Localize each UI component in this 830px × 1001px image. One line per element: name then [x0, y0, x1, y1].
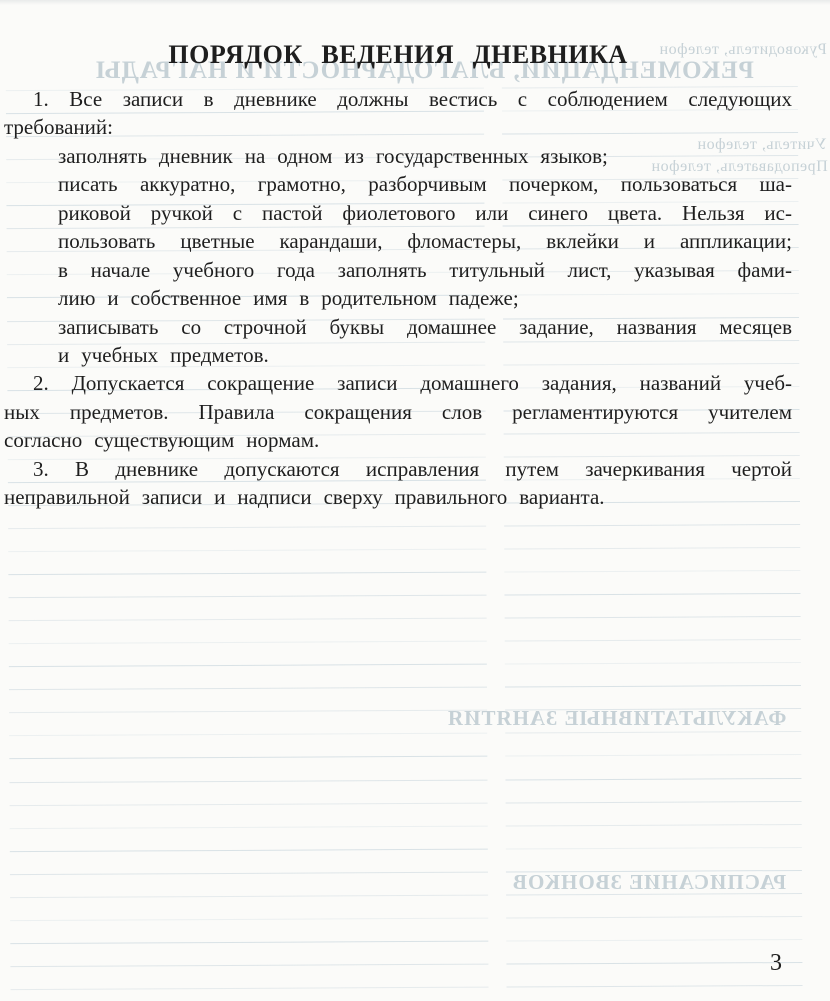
paragraph-1-line-2: требований:: [4, 113, 792, 141]
ruled-line-segment: [506, 870, 802, 873]
ruled-line-segment: [9, 710, 487, 714]
ruled-line-segment: [10, 848, 488, 852]
ruled-line-segment: [10, 940, 488, 944]
ruled-line-segment: [9, 687, 487, 691]
ruled-line-segment: [9, 756, 487, 760]
paragraph-3-line-2: неправильной записи и надписи сверху пра…: [4, 483, 792, 511]
ruled-line-segment: [505, 685, 801, 688]
paragraph-1-line-1: 1. Все записи в дневнике должны вестись …: [4, 85, 792, 113]
bullet-item-4-line-1: записывать со строчной буквы домашнее за…: [4, 313, 792, 341]
ruled-line-segment: [10, 802, 488, 806]
bullet-item-2-text: писать аккуратно, грамотно, разборчивым …: [58, 172, 792, 196]
ruled-line-segment: [505, 731, 801, 734]
ruled-line-segment: [9, 664, 487, 668]
bullet-item-3-text: в начале учебного года заполнять титульн…: [58, 258, 792, 282]
ruled-line-segment: [506, 824, 802, 827]
bullet-item-3-line-2: лию и собственное имя в родительном паде…: [4, 284, 792, 312]
bullet-item-4-text: записывать со строчной буквы домашнее за…: [58, 315, 792, 339]
ruled-line-segment: [505, 777, 801, 780]
diary-scanned-page: Руководитель, телефон РЕКОМЕНДАЦИИ, БЛАГ…: [0, 0, 830, 1001]
ruled-line-segment: [506, 801, 802, 804]
ruled-line-segment: [506, 962, 802, 965]
ruled-line-segment: [8, 549, 486, 553]
ruled-line-segment: [8, 572, 486, 576]
bullet-item-1-text: заполнять дневник на одном из государств…: [58, 144, 608, 168]
ruled-line-segment: [505, 639, 801, 642]
paragraph-2-line-2: ных предметов. Правила сокращения слов р…: [4, 398, 792, 426]
ruled-line-segment: [504, 570, 800, 573]
ruled-line-segment: [505, 616, 801, 619]
ruled-line-segment: [505, 708, 801, 711]
ruled-line-segment: [506, 893, 802, 896]
page-title: ПОРЯДОК ВЕДЕНИЯ ДНЕВНИКА: [4, 40, 792, 70]
ruled-line-segment: [10, 964, 488, 968]
ruled-line-segment: [9, 595, 487, 599]
ruled-line-segment: [9, 733, 487, 737]
ruled-line-segment: [10, 894, 488, 898]
ruled-line-segment: [507, 985, 803, 988]
ruled-line-segment: [9, 779, 487, 783]
body-text: 1. Все записи в дневнике должны вестись …: [4, 85, 792, 512]
paragraph-2-line-1: 2. Допускается сокращение записи домашне…: [4, 369, 792, 397]
ruled-line-segment: [505, 754, 801, 757]
bullet-item-1: заполнять дневник на одном из государств…: [4, 142, 792, 170]
ruled-line-segment: [10, 825, 488, 829]
bullet-item-2-line-2: риковой ручкой с пастой фиолетового или …: [4, 199, 792, 227]
page-number: 3: [770, 950, 782, 977]
paragraph-3-line-1: 3. В дневнике допускаются исправления пу…: [4, 455, 792, 483]
ruled-line-segment: [8, 526, 486, 530]
ruled-line-segment: [505, 662, 801, 665]
ruled-line-segment: [504, 524, 800, 527]
ruled-line-segment: [10, 917, 488, 921]
ruled-line-segment: [9, 618, 487, 622]
ruled-line-segment: [504, 593, 800, 596]
bullet-item-3-line-1: в начале учебного года заполнять титульн…: [4, 256, 792, 284]
bullet-item-2-line-3: пользовать цветные карандаши, фломастеры…: [4, 227, 792, 255]
ruled-line-segment: [506, 916, 802, 919]
ruled-line-segment: [9, 641, 487, 645]
ruled-line-segment: [506, 939, 802, 942]
ruled-line-segment: [10, 871, 488, 875]
paragraph-2-line-3: согласно существующим нормам.: [4, 426, 792, 454]
ruled-line-segment: [11, 987, 489, 991]
ruled-line-segment: [506, 847, 802, 850]
ruled-line-segment: [504, 547, 800, 550]
bullet-item-2-line-1: писать аккуратно, грамотно, разборчивым …: [4, 170, 792, 198]
bullet-item-4-line-2: и учебных предметов.: [4, 341, 792, 369]
